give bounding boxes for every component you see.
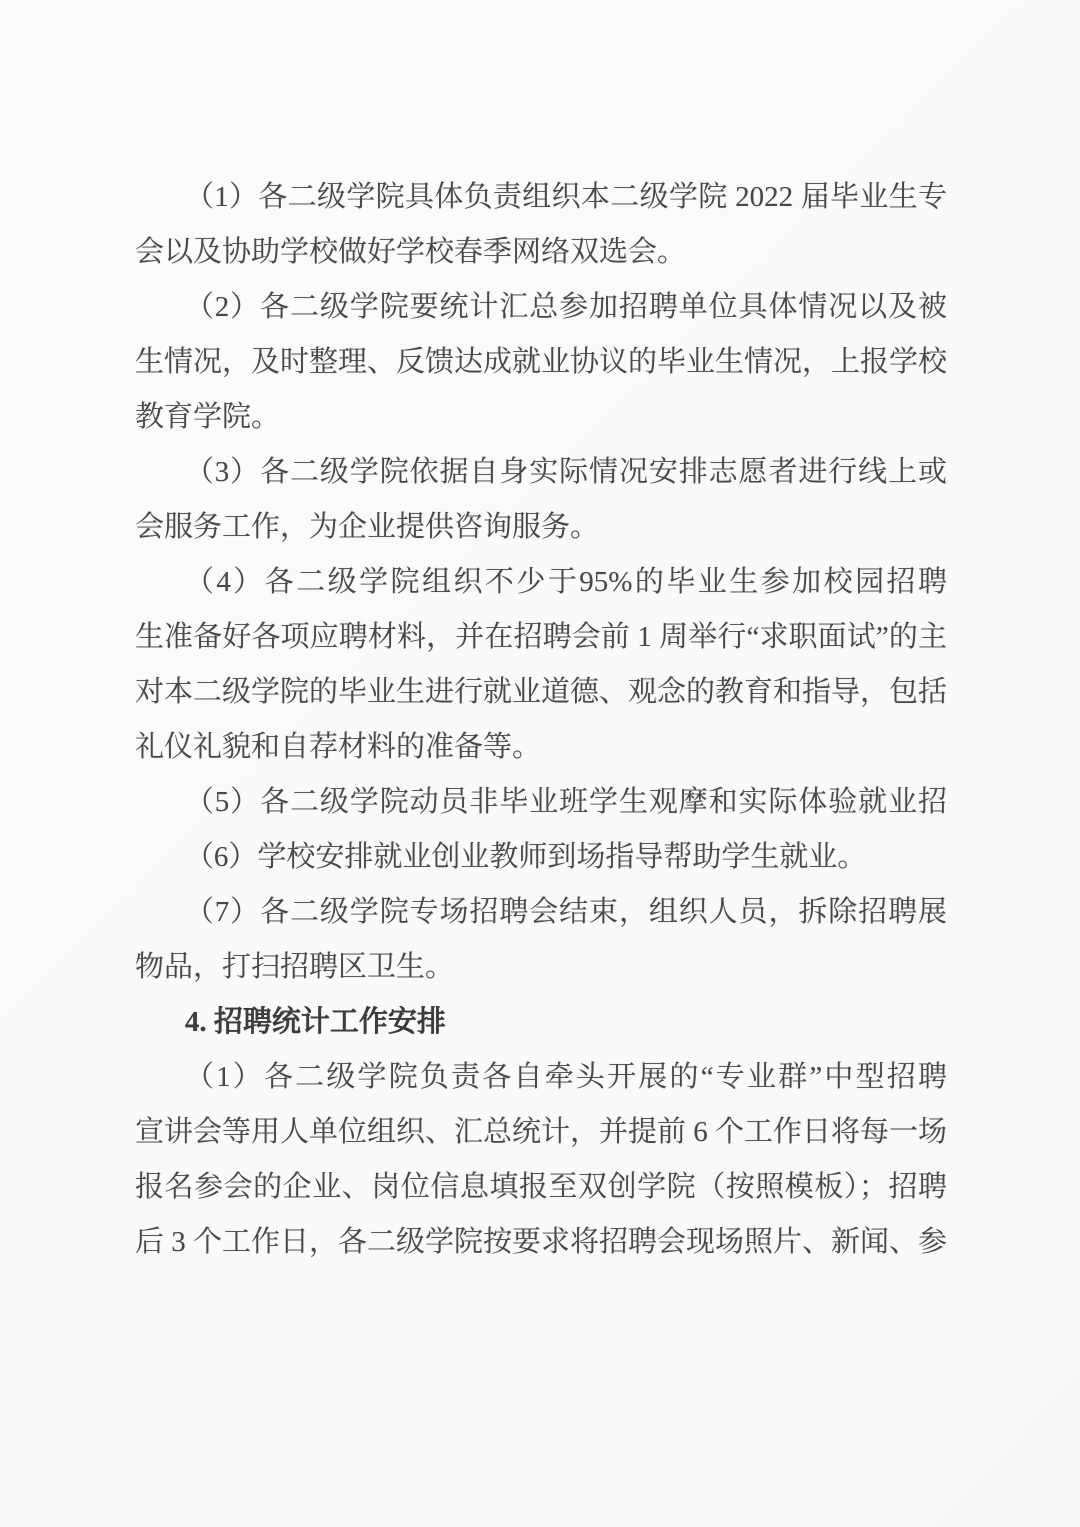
text-line: （1）各二级学院负责各自牵头开展的“专业群”中型招聘会、专场	[135, 1050, 947, 1105]
document-text-block: （1）各二级学院具体负责组织本二级学院 2022 届毕业生专业群招聘 会以及协助…	[135, 170, 947, 1270]
text-line: 教育学院。	[135, 390, 947, 445]
text-line: （7）各二级学院专场招聘会结束，组织人员，拆除招聘展位，回收	[135, 885, 947, 940]
text-line: （6）学校安排就业创业教师到场指导帮助学生就业。	[135, 830, 947, 885]
text-line: 宣讲会等用人单位组织、汇总统计，并提前 6 个工作日将每一场次招聘会	[135, 1105, 947, 1160]
section-heading: 4. 招聘统计工作安排	[135, 995, 947, 1050]
text-line: （5）各二级学院动员非毕业班学生观摩和实际体验就业招聘会。	[135, 775, 947, 830]
text-line: （2）各二级学院要统计汇总参加招聘单位具体情况以及被录用毕业	[135, 280, 947, 335]
text-line: 后 3 个工作日，各二级学院按要求将招聘会现场照片、新闻、参加招聘人	[135, 1215, 947, 1270]
document-page: （1）各二级学院具体负责组织本二级学院 2022 届毕业生专业群招聘 会以及协助…	[0, 0, 1080, 1527]
text-line: 生情况，及时整理、反馈达成就业协议的毕业生情况，上报学校创新创业	[135, 335, 947, 390]
text-line: （1）各二级学院具体负责组织本二级学院 2022 届毕业生专业群招聘	[135, 170, 947, 225]
text-line: （3）各二级学院依据自身实际情况安排志愿者进行线上或线下招聘	[135, 445, 947, 500]
text-line: 物品，打扫招聘区卫生。	[135, 940, 947, 995]
text-line: （4）各二级学院组织不少于95%的毕业生参加校园招聘会，并督促学	[135, 555, 947, 610]
text-line: 报名参会的企业、岗位信息填报至双创学院（按照模板）；招聘活动结束	[135, 1160, 947, 1215]
text-line: 会服务工作，为企业提供咨询服务。	[135, 500, 947, 555]
text-line: 对本二级学院的毕业生进行就业道德、观念的教育和指导，包括应聘技巧、	[135, 665, 947, 720]
text-line: 会以及协助学校做好学校春季网络双选会。	[135, 225, 947, 280]
text-line: 礼仪礼貌和自荐材料的准备等。	[135, 720, 947, 775]
text-line: 生准备好各项应聘材料，并在招聘会前 1 周举行“求职面试”的主题班会，	[135, 610, 947, 665]
